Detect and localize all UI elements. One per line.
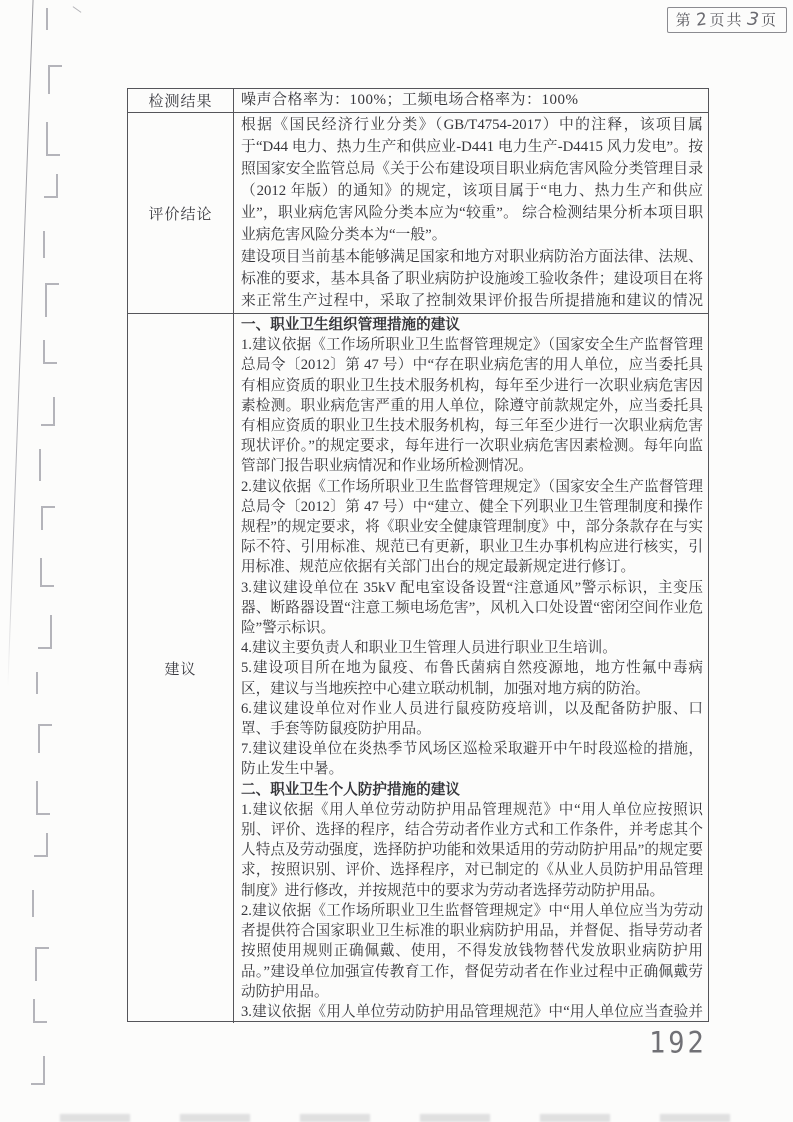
conclusion-content-cell: 根据《国民经济行业分类》（GB/T4754-2017）中的注释，该项目属于“D4… (234, 113, 708, 314)
binding-mark (38, 724, 52, 753)
conclusion-paragraph-1: 根据《国民经济行业分类》（GB/T4754-2017）中的注释，该项目属于“D4… (241, 114, 703, 246)
detection-result-label-cell: 检测结果 (128, 89, 234, 113)
suggestion-item: 3.建议建设单位在 35kV 配电室设备设置“注意通风”警示标识，主变压器、断路… (241, 578, 703, 639)
binding-mark (44, 174, 58, 198)
detection-result-value: 噪声合格率为：100%；工频电场合格率为：100% (241, 92, 579, 108)
page-marker-prefix: 第 (676, 13, 693, 29)
binding-mark (46, 122, 60, 156)
binding-mark (48, 65, 62, 94)
page-marker-middle: 页共 (710, 13, 744, 29)
binding-mark (35, 947, 49, 981)
binding-mark (31, 1056, 45, 1085)
binding-mark (46, 8, 60, 30)
suggestion-item: 3.建议依据《用人单位劳动防护用品管理规范》中“用人单位应当查验并保 (241, 1002, 703, 1023)
scan-bottom-smudge (60, 1114, 760, 1122)
binding-mark (45, 283, 59, 317)
scan-tick-mark (73, 6, 82, 13)
suggestions-section1-title: 一、职业卫生组织管理措施的建议 (241, 315, 703, 335)
binding-mark (43, 231, 57, 258)
binding-mark (34, 833, 48, 857)
page-marker-suffix: 页 (761, 13, 778, 29)
detection-result-label: 检测结果 (148, 90, 212, 111)
conclusion-label-cell: 评价结论 (128, 113, 234, 314)
evaluation-table: 检测结果 噪声合格率为：100%；工频电场合格率为：100% 评价结论 根据《国… (127, 88, 709, 1022)
binding-mark (38, 615, 52, 649)
binding-mark (33, 999, 47, 1023)
binding-mark (36, 672, 50, 694)
scanned-document-page: 第2页共3页 检测结果 噪声合格率为：100%；工频电场合格率为：100% 评价… (0, 0, 793, 1122)
suggestion-item: 1.建议依据《用人单位劳动防护用品管理规范》中“用人单位应按照识别、评价、选择的… (241, 800, 703, 901)
stamped-page-number: 192 (649, 1027, 707, 1060)
suggestions-section2-title: 二、职业卫生个人防护措施的建议 (241, 780, 703, 800)
suggestion-item: 2.建议依据《工作场所职业卫生监督管理规定》（国家安全生产监督管理总局令〔201… (241, 477, 703, 578)
page-marker-total: 3 (743, 9, 761, 31)
detection-result-value-cell: 噪声合格率为：100%；工频电场合格率为：100% (234, 89, 708, 113)
scan-edge-line (7, 0, 34, 688)
suggestion-item: 7.建议建设单位在炎热季节风场区巡检采取避开中午时段巡检的措施，防止发生中暑。 (241, 739, 703, 779)
suggestions-content-cell: 一、职业卫生组织管理措施的建议 1.建议依据《工作场所职业卫生监督管理规定》（国… (234, 314, 708, 1023)
binding-mark (32, 890, 46, 917)
conclusion-paragraph-2: 建设项目当前基本能够满足国家和地方对职业病防治方面法律、法规、标准的要求，基本具… (241, 246, 703, 314)
page-marker-box: 第2页共3页 (667, 7, 787, 33)
binding-mark (39, 449, 53, 481)
suggestion-item: 4.建议主要负责人和职业卫生管理人员进行职业卫生培训。 (241, 638, 703, 658)
binding-mark (41, 506, 55, 530)
suggestions-label-cell: 建议 (128, 314, 234, 1023)
page-marker-current: 2 (695, 9, 707, 31)
binding-mark (36, 781, 50, 815)
suggestions-label: 建议 (164, 658, 196, 679)
binding-mark (43, 340, 57, 364)
suggestion-item: 5.建设项目所在地为鼠疫、布鲁氏菌病自然疫源地，地方性氟中毒病区，建议与当地疾控… (241, 658, 703, 698)
suggestion-item: 1.建议依据《工作场所职业卫生监督管理规定》（国家安全生产监督管理总局令〔201… (241, 335, 703, 476)
binding-mark (41, 397, 55, 426)
binding-mark (40, 558, 54, 587)
suggestion-item: 6.建议建设单位对作业人员进行鼠疫防疫培训，以及配备防护服、口罩、手套等防鼠疫防… (241, 699, 703, 739)
suggestion-item: 2.建议依据《工作场所职业卫生监督管理规定》中“用人单位应当为劳动者提供符合国家… (241, 901, 703, 1002)
conclusion-label: 评价结论 (148, 203, 212, 224)
